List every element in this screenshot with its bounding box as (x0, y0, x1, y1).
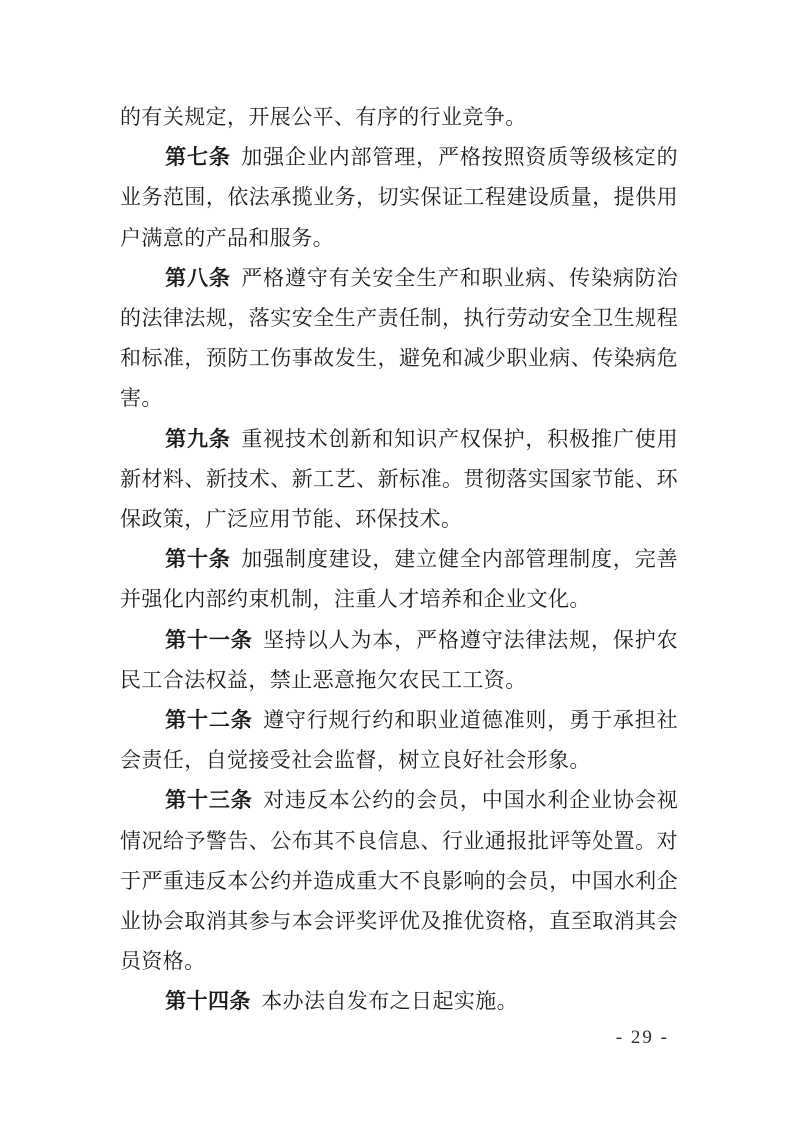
paragraph: 第八条严格遵守有关安全生产和职业病、传染病防治的法律法规，落实安全生产责任制，执… (120, 258, 678, 419)
article-number: 第八条 (165, 266, 231, 290)
article-number: 第十条 (165, 547, 231, 571)
paragraph: 第九条重视技术创新和知识产权保护，积极推广使用新材料、新技术、新工艺、新标准。贯… (120, 419, 678, 540)
paragraph: 第十条加强制度建设，建立健全内部管理制度，完善并强化内部约束机制，注重人才培养和… (120, 539, 678, 619)
article-number: 第九条 (165, 427, 231, 451)
article-number: 第十一条 (165, 628, 252, 652)
document-body: 的有关规定，开展公平、有序的行业竞争。 第七条加强企业内部管理，严格按照资质等级… (120, 97, 678, 1022)
paragraph-text: 的有关规定，开展公平、有序的行业竞争。 (120, 105, 527, 129)
page-number: - 29 - (616, 1027, 669, 1049)
paragraph-text: 对违反本公约的会员，中国水利企业协会视情况给予警告、公布其不良信息、行业通报批评… (120, 788, 678, 973)
paragraph: 第十二条遵守行规行约和职业道德准则，勇于承担社会责任，自觉接受社会监督，树立良好… (120, 700, 678, 780)
article-number: 第七条 (165, 145, 231, 169)
article-number: 第十二条 (165, 708, 252, 732)
article-number: 第十四条 (165, 989, 251, 1013)
paragraph: 第十三条对违反本公约的会员，中国水利企业协会视情况给予警告、公布其不良信息、行业… (120, 780, 678, 981)
paragraph: 的有关规定，开展公平、有序的行业竞争。 (120, 97, 678, 137)
document-page: 的有关规定，开展公平、有序的行业竞争。 第七条加强企业内部管理，严格按照资质等级… (0, 0, 800, 1131)
paragraph: 第十一条坚持以人为本，严格遵守法律法规，保护农民工合法权益，禁止恶意拖欠农民工工… (120, 620, 678, 700)
article-number: 第十三条 (165, 788, 252, 812)
paragraph-text: 本办法自发布之日起实施。 (261, 989, 518, 1013)
paragraph: 第七条加强企业内部管理，严格按照资质等级核定的业务范围，依法承揽业务，切实保证工… (120, 137, 678, 258)
paragraph: 第十四条本办法自发布之日起实施。 (120, 981, 678, 1021)
